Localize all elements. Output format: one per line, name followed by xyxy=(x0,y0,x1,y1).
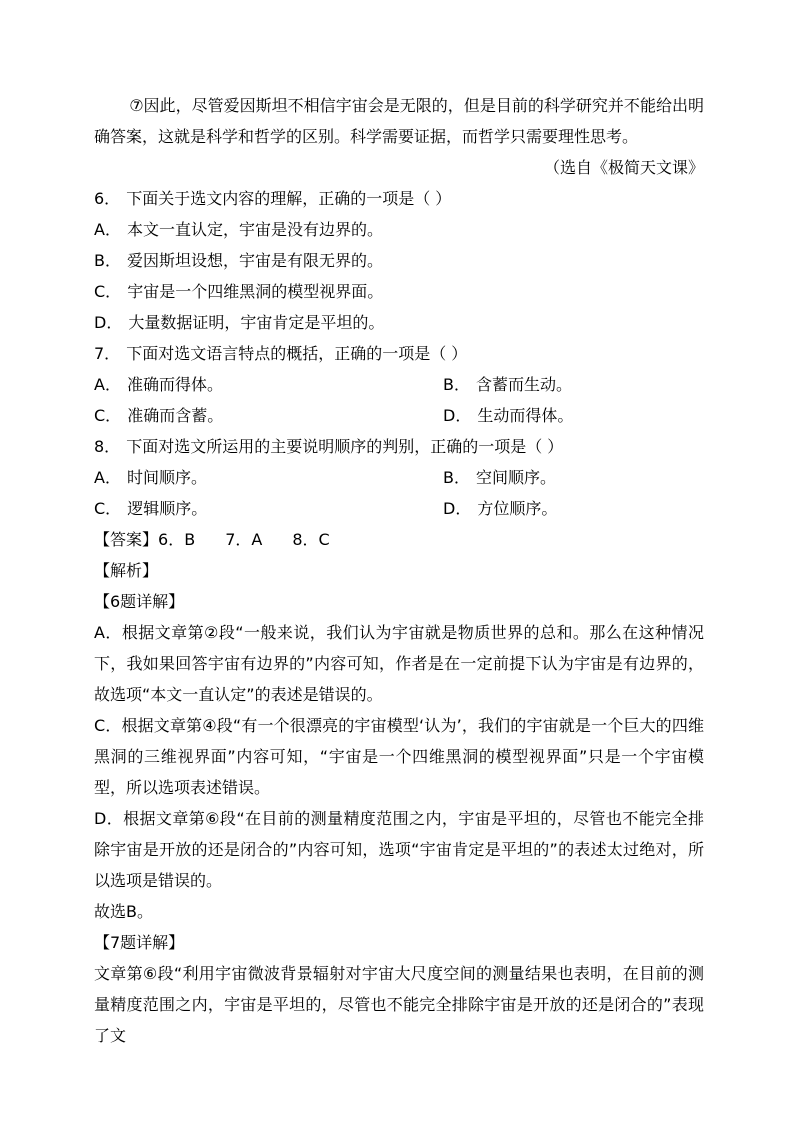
question-6-stem-text: 下面关于选文内容的理解，正确的一项是（ ） xyxy=(126,189,451,208)
option-label: C． xyxy=(94,499,121,518)
question-8-option-b: B．空间顺序。 xyxy=(443,462,704,493)
question-7: 7．下面对选文语言特点的概括，正确的一项是（ ） A．准确而得体。 B．含蓄而生… xyxy=(94,338,704,431)
question-8-stem: 8．下面对选文所运用的主要说明顺序的判别，正确的一项是（ ） xyxy=(94,431,704,462)
answer-item-8: 8．C xyxy=(292,530,329,549)
passage-source: （选自《极简天文课》 xyxy=(94,152,704,183)
question-6-option-b: B．爱因斯坦设想，宇宙是有限无界的。 xyxy=(94,245,704,276)
question-7-options-row-2: C．准确而含蓄。 D．生动而得体。 xyxy=(94,400,704,431)
detail-6-paragraph-a: A．根据文章第②段“一般来说，我们认为宇宙就是物质世界的总和。那么在这种情况下，… xyxy=(94,617,704,710)
question-8: 8．下面对选文所运用的主要说明顺序的判别，正确的一项是（ ） A．时间顺序。 B… xyxy=(94,431,704,524)
question-8-options-row-1: A．时间顺序。 B．空间顺序。 xyxy=(94,462,704,493)
option-label: D． xyxy=(443,499,471,518)
answer-line: 【答案】6．B7．A8．C xyxy=(94,524,704,555)
answer-label: 【答案】 xyxy=(94,530,158,549)
question-8-number: 8． xyxy=(94,437,120,456)
question-6-option-a: A．本文一直认定，宇宙是没有边界的。 xyxy=(94,214,704,245)
option-text: 大量数据证明，宇宙肯定是平坦的。 xyxy=(128,313,384,332)
option-text: 宇宙是一个四维黑洞的模型视界面。 xyxy=(127,282,383,301)
question-8-stem-text: 下面对选文所运用的主要说明顺序的判别，正确的一项是（ ） xyxy=(126,437,563,456)
question-7-options-row-1: A．准确而得体。 B．含蓄而生动。 xyxy=(94,369,704,400)
question-8-option-c: C．逻辑顺序。 xyxy=(94,493,443,524)
option-label: D． xyxy=(94,313,122,332)
option-text: 方位顺序。 xyxy=(477,499,557,518)
question-7-option-b: B．含蓄而生动。 xyxy=(443,369,704,400)
question-7-option-d: D．生动而得体。 xyxy=(443,400,704,431)
option-text: 爱因斯坦设想，宇宙是有限无界的。 xyxy=(127,251,383,270)
option-text: 含蓄而生动。 xyxy=(476,375,572,394)
option-label: A． xyxy=(94,375,121,394)
question-7-stem-text: 下面对选文语言特点的概括，正确的一项是（ ） xyxy=(126,344,467,363)
question-7-number: 7． xyxy=(94,344,120,363)
detail-6-label: 【6题详解】 xyxy=(94,586,704,617)
option-label: B． xyxy=(94,251,121,270)
document-page: ⑦因此，尽管爱因斯坦不相信宇宙会是无限的，但是目前的科学研究并不能给出明确答案，… xyxy=(0,0,794,1123)
option-text: 空间顺序。 xyxy=(476,468,556,487)
question-8-options-row-2: C．逻辑顺序。 D．方位顺序。 xyxy=(94,493,704,524)
question-7-stem: 7．下面对选文语言特点的概括，正确的一项是（ ） xyxy=(94,338,704,369)
detail-6-paragraph-d: D．根据文章第⑥段“在目前的测量精度范围之内，宇宙是平坦的，尽管也不能完全排除宇… xyxy=(94,803,704,896)
detail-7-label: 【7题详解】 xyxy=(94,927,704,958)
question-7-option-c: C．准确而含蓄。 xyxy=(94,400,443,431)
option-label: D． xyxy=(443,406,471,425)
option-label: A． xyxy=(94,220,121,239)
question-6-stem: 6．下面关于选文内容的理解，正确的一项是（ ） xyxy=(94,183,704,214)
question-6-option-c: C．宇宙是一个四维黑洞的模型视界面。 xyxy=(94,276,704,307)
question-6-number: 6． xyxy=(94,189,120,208)
question-8-option-a: A．时间顺序。 xyxy=(94,462,443,493)
option-text: 本文一直认定，宇宙是没有边界的。 xyxy=(127,220,383,239)
option-text: 准确而得体。 xyxy=(127,375,223,394)
question-6: 6．下面关于选文内容的理解，正确的一项是（ ） A．本文一直认定，宇宙是没有边界… xyxy=(94,183,704,338)
option-label: C． xyxy=(94,282,121,301)
analysis-label: 【解析】 xyxy=(94,555,704,586)
option-label: B． xyxy=(443,468,470,487)
option-text: 生动而得体。 xyxy=(477,406,573,425)
question-7-option-a: A．准确而得体。 xyxy=(94,369,443,400)
option-label: B． xyxy=(443,375,470,394)
detail-6-paragraph-c: C．根据文章第④段“有一个很漂亮的宇宙模型‘认为’，我们的宇宙就是一个巨大的四维… xyxy=(94,710,704,803)
answer-item-7: 7．A xyxy=(225,530,262,549)
option-text: 准确而含蓄。 xyxy=(127,406,223,425)
option-label: C． xyxy=(94,406,121,425)
option-label: A． xyxy=(94,468,121,487)
option-text: 时间顺序。 xyxy=(127,468,207,487)
option-text: 逻辑顺序。 xyxy=(127,499,207,518)
passage-paragraph-7: ⑦因此，尽管爱因斯坦不相信宇宙会是无限的，但是目前的科学研究并不能给出明确答案，… xyxy=(94,90,704,152)
detail-6-conclusion: 故选B。 xyxy=(94,896,704,927)
question-6-option-d: D．大量数据证明，宇宙肯定是平坦的。 xyxy=(94,307,704,338)
question-8-option-d: D．方位顺序。 xyxy=(443,493,704,524)
detail-7-paragraph: 文章第⑥段“利用宇宙微波背景辐射对宇宙大尺度空间的测量结果也表明，在目前的测量精… xyxy=(94,958,704,1051)
answer-item-6: 6．B xyxy=(158,530,195,549)
